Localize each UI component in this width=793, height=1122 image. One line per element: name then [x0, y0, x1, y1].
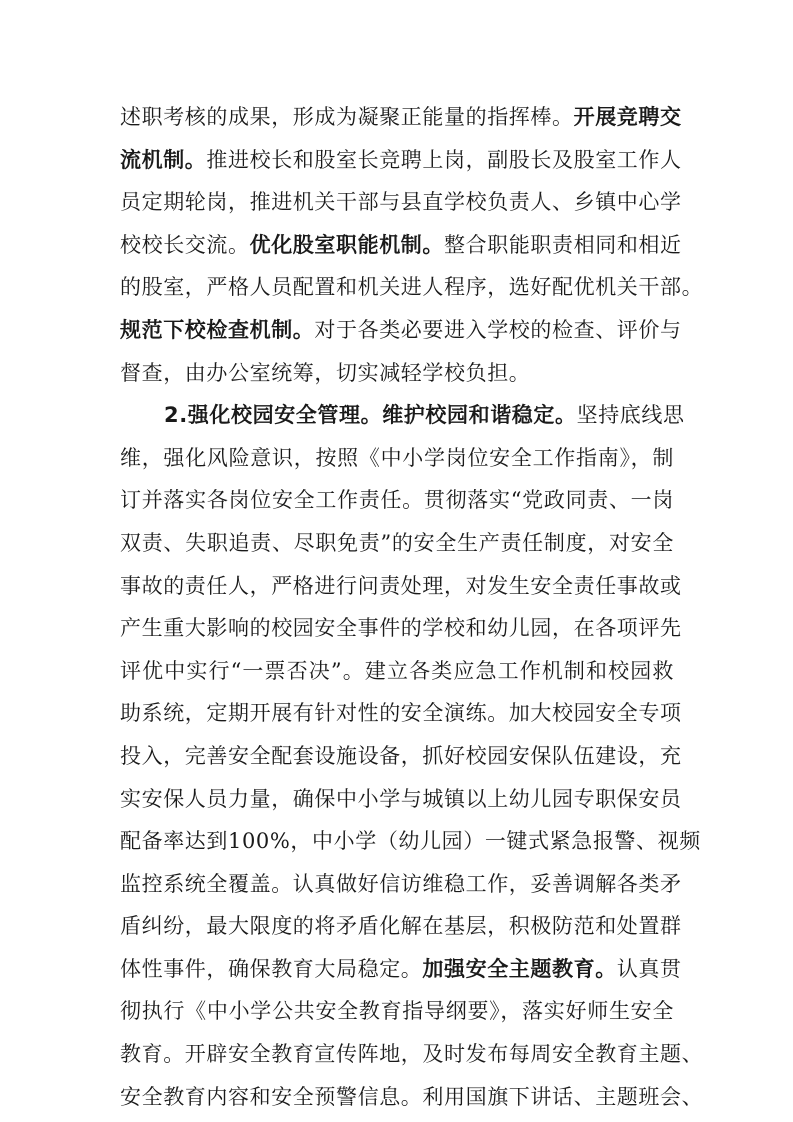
bold-heading-run: 优化股室职能机制。	[250, 233, 444, 257]
body-text-run: 对于各类必要进入学校的检查、评价与	[314, 318, 681, 342]
bold-heading-run: 规范下校检查机制。	[120, 318, 314, 342]
text-line: 盾纠纷，最大限度的将矛盾化解在基层，积极防范和处置群	[120, 905, 674, 948]
text-line: 配备率达到100%，中小学（幼儿园）一键式紧急报警、视频	[120, 820, 674, 863]
text-line: 监控系统全覆盖。认真做好信访维稳工作，妥善调解各类矛	[120, 863, 674, 906]
text-line: 员定期轮岗，推进机关干部与县直学校负责人、乡镇中心学	[120, 181, 674, 224]
body-text-run: 推进校长和股室长竞聘上岗，副股长及股室工作人	[206, 148, 681, 172]
text-line: 安全教育内容和安全预警信息。利用国旗下讲话、主题班会、	[120, 1076, 674, 1119]
body-text-run: 校校长交流。	[120, 233, 250, 257]
text-line: 投入，完善安全配套设施设备，抓好校园安保队伍建设，充	[120, 735, 674, 778]
body-text-run: 事故的责任人，严格进行问责处理，对发生安全责任事故或	[120, 574, 682, 598]
bold-heading-run: 流机制。	[120, 148, 206, 172]
text-line: 评优中实行“一票否决”。建立各类应急工作机制和校园救	[120, 650, 674, 693]
body-text-run: 投入，完善安全配套设施设备，抓好校园安保队伍建设，充	[120, 744, 682, 768]
text-line: 双责、失职追责、尽职免责”的安全生产责任制度，对安全	[120, 522, 674, 565]
text-line: 流机制。推进校长和股室长竞聘上岗，副股长及股室工作人	[120, 139, 674, 182]
text-line: 助系统，定期开展有针对性的安全演练。加大校园安全专项	[120, 692, 674, 735]
text-line: 产生重大影响的校园安全事件的学校和幼儿园，在各项评先	[120, 607, 674, 650]
body-text-run: 评优中实行“一票否决”。建立各类应急工作机制和校园救	[120, 659, 674, 683]
body-text-run: 教育。开辟安全教育宣传阵地，及时发布每周安全教育主题、	[120, 1042, 703, 1066]
body-text-run: 坚持底线思	[577, 403, 685, 427]
body-text-run: 维，强化风险意识，按照《中小学岗位安全工作指南》，制	[120, 446, 674, 470]
text-line: 教育。开辟安全教育宣传阵地，及时发布每周安全教育主题、	[120, 1033, 674, 1076]
body-text-run: 安全教育内容和安全预警信息。利用国旗下讲话、主题班会、	[120, 1085, 703, 1109]
body-text-run: 配备率达到100%，中小学（幼儿园）一键式紧急报警、视频	[120, 829, 701, 853]
text-line: 彻执行《中小学公共安全教育指导纲要》，落实好师生安全	[120, 990, 674, 1033]
bold-heading-run: 加强安全主题教育。	[422, 957, 616, 981]
body-text-run: 盾纠纷，最大限度的将矛盾化解在基层，积极防范和处置群	[120, 914, 682, 938]
text-line: 维，强化风险意识，按照《中小学岗位安全工作指南》，制	[120, 437, 674, 480]
text-line: 2.强化校园安全管理。维护校园和谐稳定。坚持底线思	[120, 394, 674, 437]
text-line: 校校长交流。优化股室职能机制。整合职能职责相同和相近	[120, 224, 674, 267]
body-text-run: 助系统，定期开展有针对性的安全演练。加大校园安全专项	[120, 701, 682, 725]
body-text-run: 产生重大影响的校园安全事件的学校和幼儿园，在各项评先	[120, 616, 682, 640]
body-text-run: 的股室，严格人员配置和机关进人程序，选好配优机关干部。	[120, 275, 703, 299]
body-text-run: 述职考核的成果，形成为凝聚正能量的指挥棒。	[120, 105, 574, 129]
body-text-run: 督查，由办公室统筹，切实减轻学校负担。	[120, 361, 530, 385]
body-text-run: 体性事件，确保教育大局稳定。	[120, 957, 422, 981]
body-text-run: 彻执行《中小学公共安全教育指导纲要》，落实好师生安全	[120, 999, 674, 1023]
text-line: 事故的责任人，严格进行问责处理，对发生安全责任事故或	[120, 565, 674, 608]
text-line: 督查，由办公室统筹，切实减轻学校负担。	[120, 352, 674, 395]
bold-heading-run: 2.强化校园安全管理。维护校园和谐稳定。	[164, 403, 577, 427]
paragraph-reform-mechanisms: 述职考核的成果，形成为凝聚正能量的指挥棒。开展竞聘交流机制。推进校长和股室长竞聘…	[120, 96, 674, 394]
text-line: 订并落实各岗位安全工作责任。贯彻落实“党政同责、一岗	[120, 479, 674, 522]
text-line: 实安保人员力量，确保中小学与城镇以上幼儿园专职保安员	[120, 778, 674, 821]
body-text-run: 双责、失职追责、尽职免责”的安全生产责任制度，对安全	[120, 531, 674, 555]
document-page: 述职考核的成果，形成为凝聚正能量的指挥棒。开展竞聘交流机制。推进校长和股室长竞聘…	[120, 96, 674, 1118]
body-text-run: 实安保人员力量，确保中小学与城镇以上幼儿园专职保安员	[120, 787, 682, 811]
bold-heading-run: 开展竞聘交	[574, 105, 682, 129]
body-text-run: 员定期轮岗，推进机关干部与县直学校负责人、乡镇中心学	[120, 190, 682, 214]
body-text-run: 订并落实各岗位安全工作责任。贯彻落实“党政同责、一岗	[120, 488, 674, 512]
text-line: 规范下校检查机制。对于各类必要进入学校的检查、评价与	[120, 309, 674, 352]
text-line: 体性事件，确保教育大局稳定。加强安全主题教育。认真贯	[120, 948, 674, 991]
body-text-run: 认真贯	[617, 957, 682, 981]
paragraph-campus-safety: 2.强化校园安全管理。维护校园和谐稳定。坚持底线思维，强化风险意识，按照《中小学…	[120, 394, 674, 1118]
body-text-run: 整合职能职责相同和相近	[444, 233, 682, 257]
body-text-run: 监控系统全覆盖。认真做好信访维稳工作，妥善调解各类矛	[120, 872, 682, 896]
text-line: 述职考核的成果，形成为凝聚正能量的指挥棒。开展竞聘交	[120, 96, 674, 139]
text-line: 的股室，严格人员配置和机关进人程序，选好配优机关干部。	[120, 266, 674, 309]
